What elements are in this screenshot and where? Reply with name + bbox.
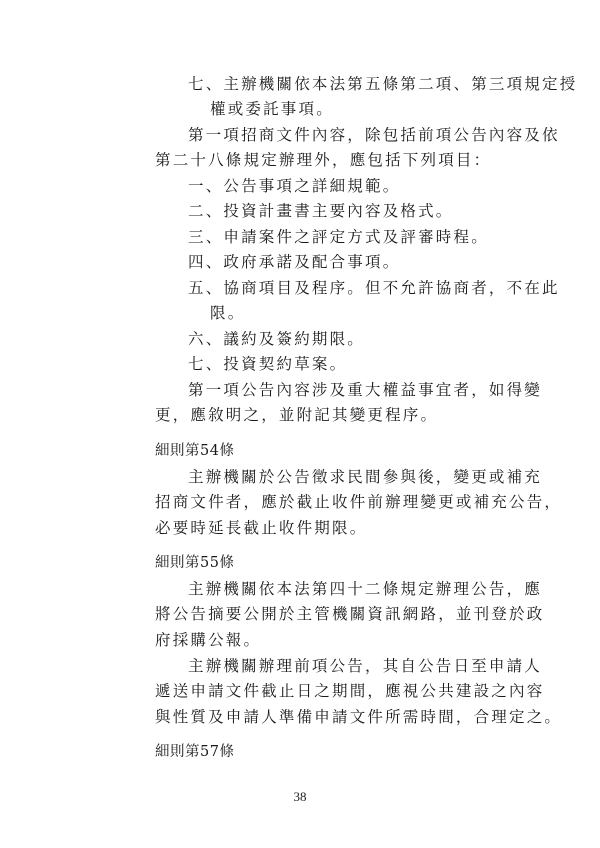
paragraph-line: 招商文件者，應於截止收件前辦理變更或補充公告， [155, 492, 562, 512]
document-page: 七、主辦機關依本法第五條第二項、第三項規定授 權或委託事項。 第一項招商文件內容… [0, 0, 600, 848]
paragraph-line: 遞送申請文件截止日之期間，應視公共建設之內容 [155, 681, 544, 701]
page-number: 38 [0, 789, 600, 805]
list-item-line: 三、申請案件之評定方式及評審時程。 [188, 227, 489, 247]
list-item-line: 二、投資計畫書主要內容及格式。 [188, 201, 454, 221]
list-item-line: 五、協商項目及程序。但不允許協商者，不在此 [188, 278, 560, 298]
list-item-line: 一、公告事項之詳細規範。 [188, 176, 400, 196]
paragraph-line: 主辦機關於公告徵求民間參與後，變更或補充 [188, 467, 542, 487]
paragraph-line: 主辦機關辦理前項公告，其自公告日至申請人 [188, 656, 542, 676]
paragraph-line: 府採購公報。 [155, 630, 261, 650]
paragraph-line: 主辦機關依本法第四十二條規定辦理公告，應 [188, 579, 542, 599]
list-item-line: 七、主辦機關依本法第五條第二項、第三項規定授 [188, 74, 577, 94]
paragraph-line: 與性質及申請人準備申請文件所需時間，合理定之。 [155, 707, 562, 727]
paragraph-line: 將公告摘要公開於主管機關資訊網路，並刊登於政 [155, 604, 544, 624]
paragraph-line: 第一項公告內容涉及重大權益事宜者，如得變 [188, 380, 542, 400]
paragraph-line: 第一項招商文件內容，除包括前項公告內容及依 [188, 125, 560, 145]
list-item-line: 四、政府承諾及配合事項。 [188, 252, 400, 272]
article-heading: 細則第55條 [155, 553, 234, 573]
paragraph-line: 第二十八條規定辦理外，應包括下列項目： [155, 150, 491, 170]
list-item-continuation: 限。 [210, 303, 245, 323]
paragraph-line: 更，應敘明之，並附記其變更程序。 [155, 405, 438, 425]
list-item-line: 六、議約及簽約期限。 [188, 329, 365, 349]
paragraph-line: 必要時延長截止收件期限。 [155, 518, 367, 538]
article-heading: 細則第54條 [155, 441, 234, 461]
article-heading: 細則第57條 [155, 742, 234, 762]
list-item-continuation: 權或委託事項。 [210, 99, 334, 119]
list-item-line: 七、投資契約草案。 [188, 354, 347, 374]
